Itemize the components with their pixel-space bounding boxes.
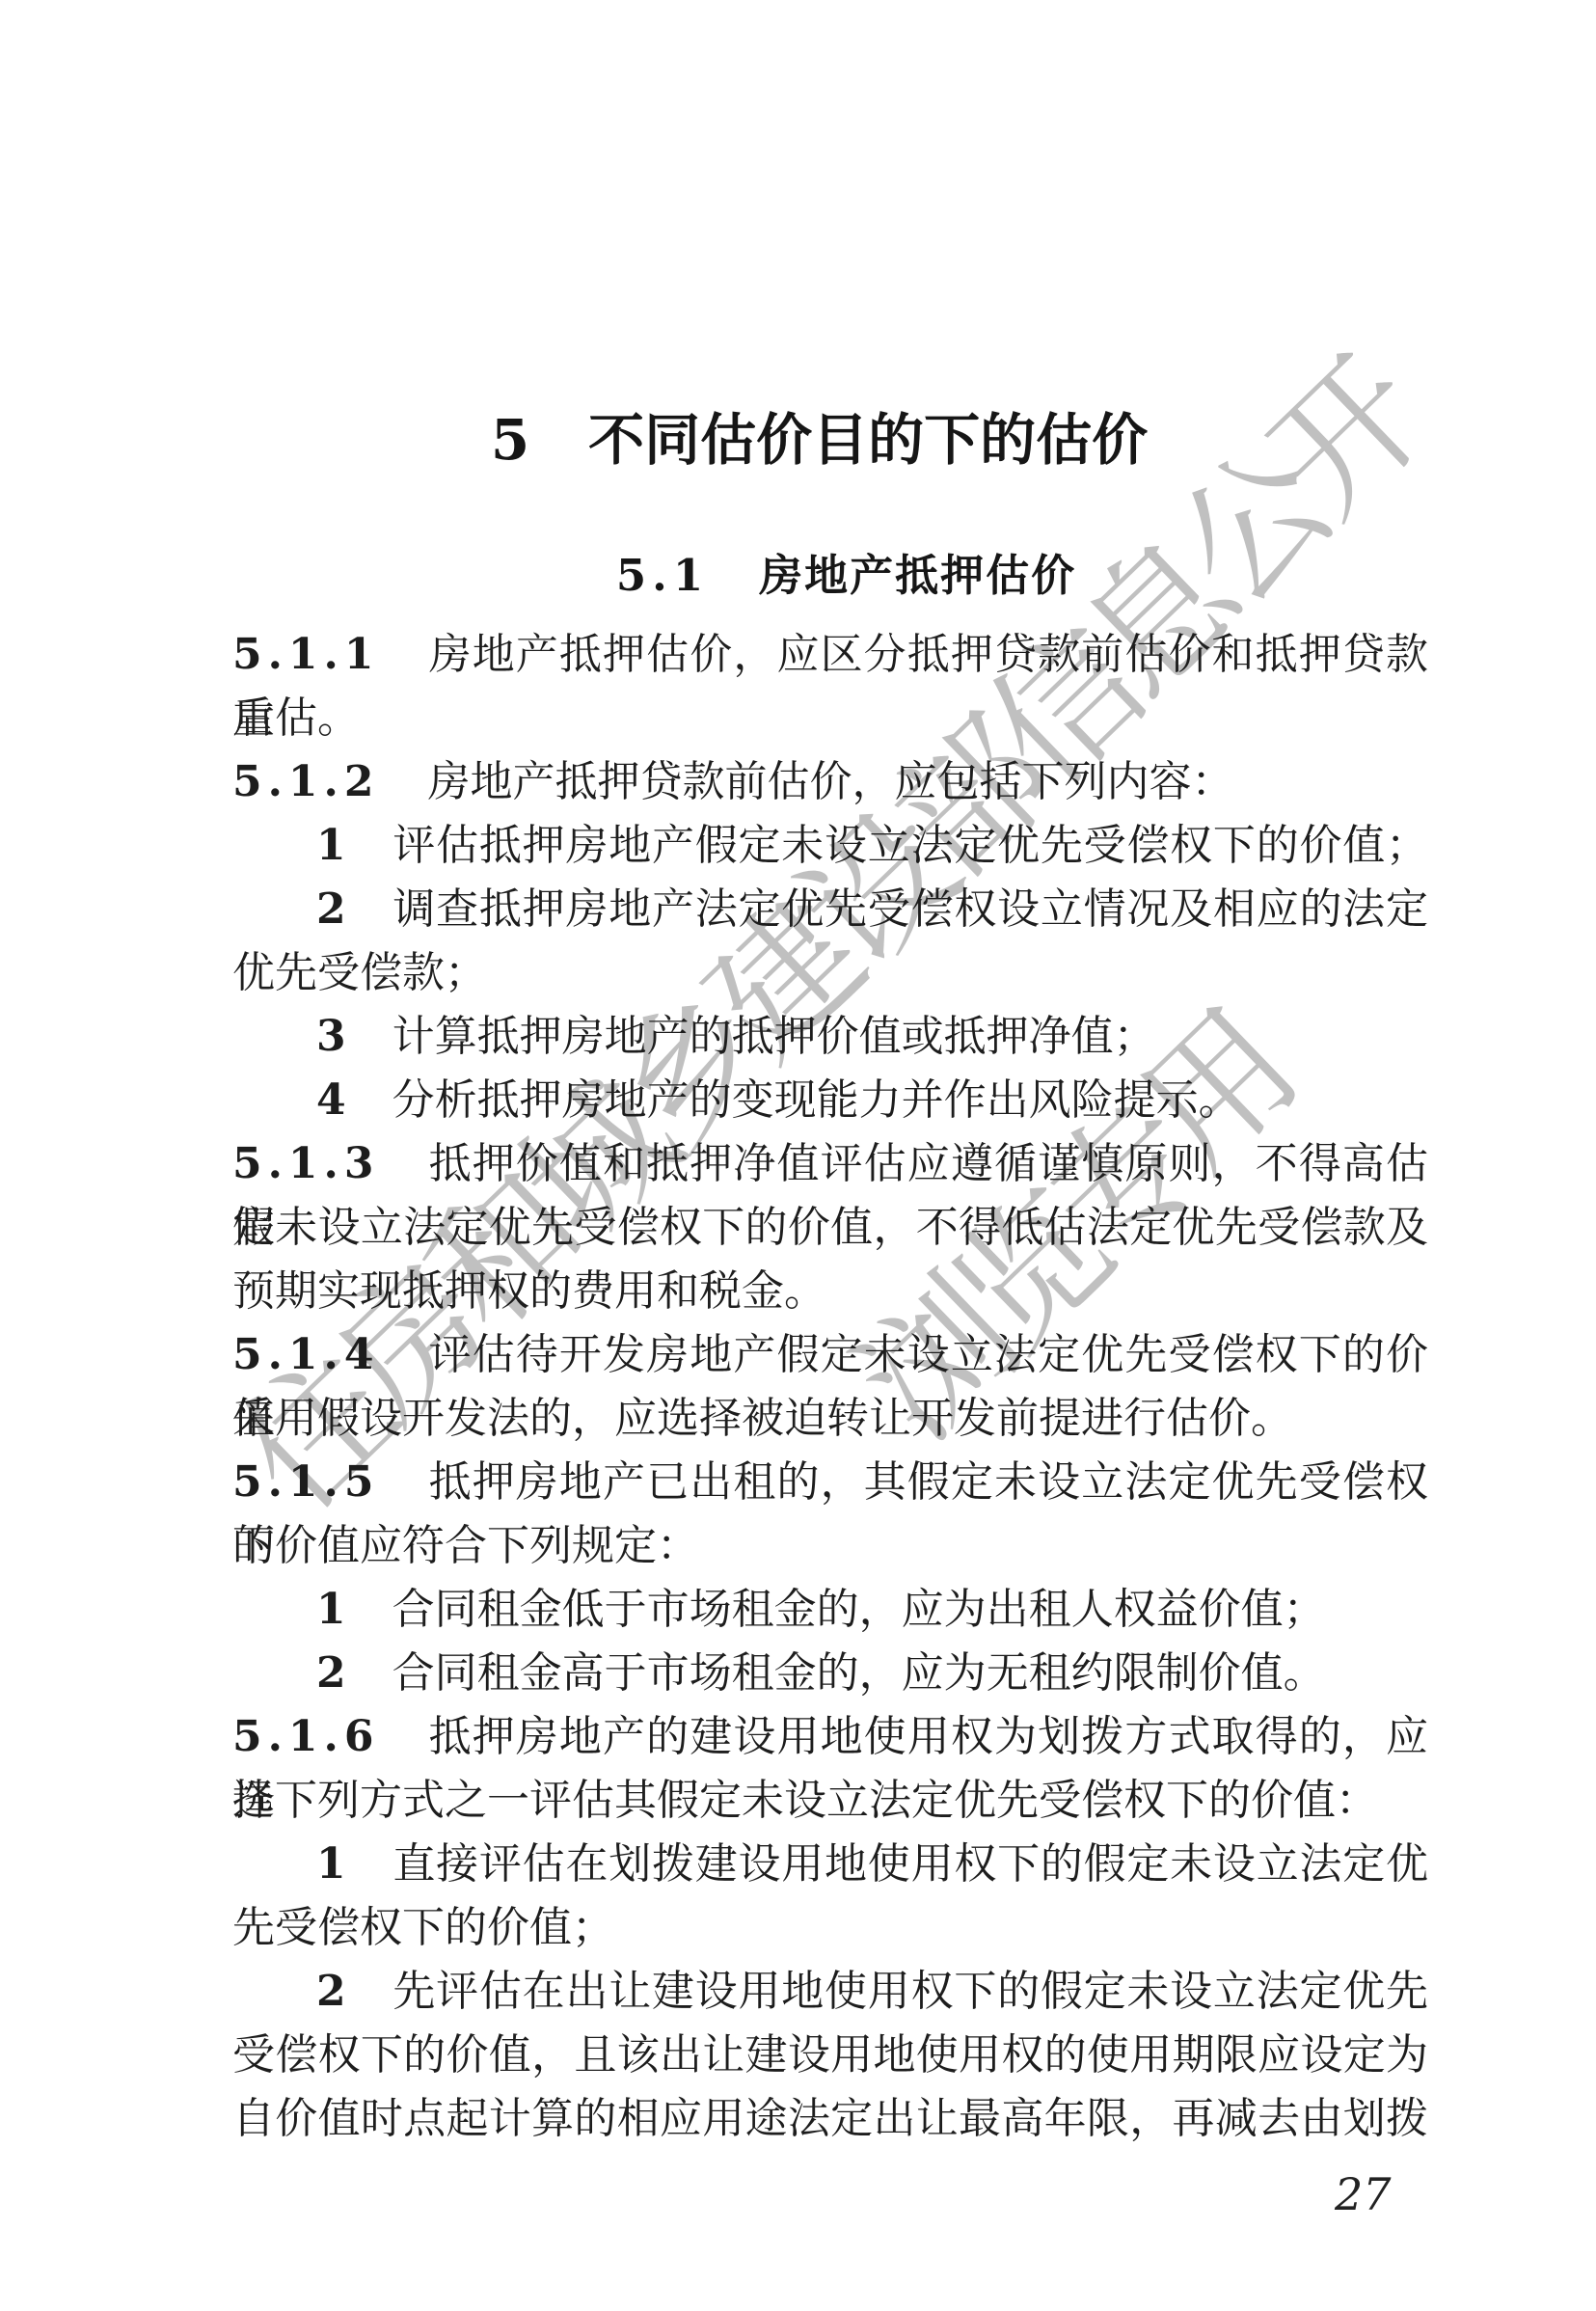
text-line: 4分析抵押房地产的变现能力并作出风险提示。	[232, 1069, 1428, 1132]
text-line: 定未设立法定优先受偿权下的价值，不得低估法定优先受偿款及	[232, 1196, 1428, 1260]
line-text: 采用假设开发法的，应选择被迫转让开发前提进行估价。	[232, 1394, 1293, 1443]
text-line: 2调查抵押房地产法定优先受偿权设立情况及相应的法定	[232, 878, 1428, 941]
line-number: 5.1.3	[232, 1139, 379, 1188]
text-line: 先受偿权下的价值；	[232, 1896, 1428, 1960]
text-line: 择下列方式之一评估其假定未设立法定优先受偿权下的价值：	[232, 1769, 1428, 1833]
line-number: 2	[316, 1967, 346, 2016]
line-text: 调查抵押房地产法定优先受偿权设立情况及相应的法定	[392, 884, 1428, 934]
line-number: 2	[316, 884, 346, 934]
chapter-number: 5	[491, 407, 529, 473]
line-text: 定未设立法定优先受偿权下的价值，不得低估法定优先受偿款及	[232, 1203, 1428, 1252]
text-line: 5.1.2房地产抵押贷款前估价，应包括下列内容：	[232, 750, 1428, 814]
text-line: 重估。	[232, 687, 1428, 750]
text-line: 的价值应符合下列规定：	[232, 1514, 1428, 1578]
line-text: 预期实现抵押权的费用和税金。	[232, 1266, 826, 1316]
text-line: 5.1.4评估待开发房地产假定未设立法定优先受偿权下的价值	[232, 1323, 1428, 1387]
line-text: 合同租金低于市场租金的，应为出租人权益价值；	[392, 1585, 1326, 1634]
line-text: 择下列方式之一评估其假定未设立法定优先受偿权下的价值：	[232, 1776, 1378, 1825]
line-text: 先评估在出让建设用地使用权下的假定未设立法定优先	[392, 1967, 1428, 2016]
line-text: 受偿权下的价值，且该出让建设用地使用权的使用期限应设定为	[232, 2030, 1428, 2080]
line-number: 5.1.5	[232, 1457, 379, 1507]
line-number: 1	[316, 821, 346, 870]
line-text: 直接评估在划拨建设用地使用权下的假定未设立法定优	[392, 1839, 1428, 1889]
section-heading-text: 房地产抵押估价	[759, 550, 1076, 601]
section-heading: 5.1房地产抵押估价	[0, 546, 1596, 606]
line-number: 5.1.4	[232, 1330, 379, 1379]
chapter-heading: 5不同估价目的下的估价	[0, 399, 1596, 480]
text-line: 1合同租金低于市场租金的，应为出租人权益价值；	[232, 1578, 1428, 1642]
line-text: 计算抵押房地产的抵押价值或抵押净值；	[392, 1012, 1156, 1061]
body-text: 5.1.1房地产抵押估价，应区分抵押贷款前估价和抵押贷款后重估。5.1.2房地产…	[232, 623, 1428, 2151]
line-text: 分析抵押房地产的变现能力并作出风险提示。	[392, 1075, 1241, 1125]
line-text: 先受偿权下的价值；	[232, 1903, 614, 1952]
line-number: 4	[316, 1075, 346, 1125]
text-line: 3计算抵押房地产的抵押价值或抵押净值；	[232, 1005, 1428, 1069]
text-line: 5.1.1房地产抵押估价，应区分抵押贷款前估价和抵押贷款后	[232, 623, 1428, 687]
text-line: 自价值时点起计算的相应用途法定出让最高年限，再减去由划拨	[232, 2087, 1428, 2151]
line-number: 1	[316, 1585, 346, 1634]
text-line: 5.1.3抵押价值和抵押净值评估应遵循谨慎原则，不得高估假	[232, 1132, 1428, 1196]
line-number: 2	[316, 1648, 346, 1698]
text-line: 采用假设开发法的，应选择被迫转让开发前提进行估价。	[232, 1387, 1428, 1451]
line-text: 自价值时点起计算的相应用途法定出让最高年限，再减去由划拨	[232, 2094, 1428, 2143]
line-text: 的价值应符合下列规定：	[232, 1521, 699, 1570]
line-number: 5.1.2	[232, 757, 379, 806]
section-number: 5.1	[616, 550, 709, 601]
text-line: 5.1.5抵押房地产已出租的，其假定未设立法定优先受偿权下	[232, 1451, 1428, 1514]
text-line: 预期实现抵押权的费用和税金。	[232, 1260, 1428, 1323]
text-line: 1直接评估在划拨建设用地使用权下的假定未设立法定优	[232, 1833, 1428, 1896]
line-number: 5.1.6	[232, 1712, 379, 1761]
chapter-heading-text: 不同估价目的下的估价	[588, 407, 1148, 473]
line-text: 优先受偿款；	[232, 948, 487, 997]
text-line: 2先评估在出让建设用地使用权下的假定未设立法定优先	[232, 1960, 1428, 2024]
line-number: 1	[316, 1839, 346, 1889]
text-line: 2合同租金高于市场租金的，应为无租约限制价值。	[232, 1642, 1428, 1705]
line-text: 重估。	[232, 693, 360, 743]
text-line: 受偿权下的价值，且该出让建设用地使用权的使用期限应设定为	[232, 2024, 1428, 2087]
text-line: 5.1.6抵押房地产的建设用地使用权为划拨方式取得的，应选	[232, 1705, 1428, 1769]
line-text: 合同租金高于市场租金的，应为无租约限制价值。	[392, 1648, 1326, 1698]
line-text: 房地产抵押贷款前估价，应包括下列内容：	[427, 757, 1233, 806]
document-page: 住房和城乡建设部信息公开 浏览专用 5不同估价目的下的估价 5.1房地产抵押估价…	[0, 0, 1596, 2311]
line-number: 5.1.1	[232, 630, 379, 679]
text-line: 1评估抵押房地产假定未设立法定优先受偿权下的价值；	[232, 814, 1428, 878]
line-number: 3	[316, 1012, 346, 1061]
line-text: 评估抵押房地产假定未设立法定优先受偿权下的价值；	[392, 821, 1428, 870]
page-number: 27	[1335, 2168, 1392, 2220]
text-line: 优先受偿款；	[232, 941, 1428, 1005]
